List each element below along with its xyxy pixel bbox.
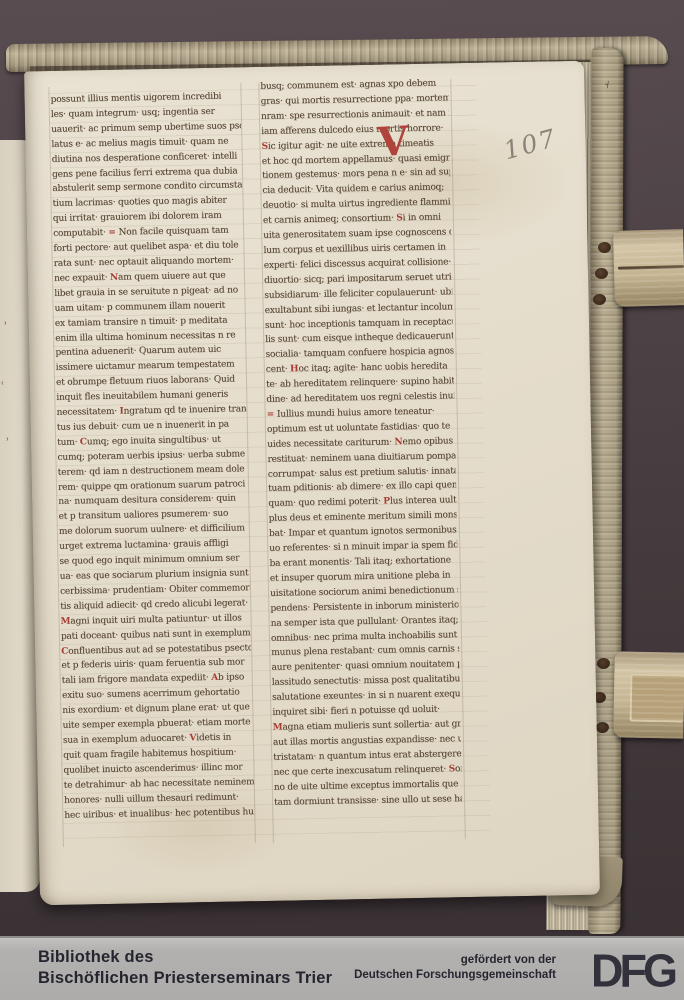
pen-mark: ʾ: [4, 320, 7, 333]
leather-clasp-strap-upper: [613, 229, 684, 307]
library-name: Bibliothek des Bischöflichen Priestersem…: [38, 947, 332, 989]
rubricated-initial-capital: V: [376, 122, 405, 163]
cover-rivet-spot: [596, 722, 609, 733]
funding-credit-line1: gefördert von der: [354, 953, 556, 968]
folio-number: 107: [501, 123, 560, 165]
pen-mark: ʾ: [6, 436, 9, 449]
strap-crease: [618, 265, 684, 270]
cover-rivet-spot: [593, 294, 606, 305]
funding-credit-line2: Deutschen Forschungsgemeinschaft: [354, 968, 556, 983]
cover-rivet-spot: [597, 658, 610, 669]
cover-rivet-spot: [595, 268, 608, 279]
text-column-left: possunt illius mentis uigorem incredibil…: [50, 89, 254, 823]
text-column-right: busq; communem est· agnas xpo debemgras·…: [260, 76, 462, 810]
manuscript-text-line: hec uiribus· et inualibus· hec potentibu…: [64, 805, 254, 824]
digitization-banner: Bibliothek des Bischöflichen Priestersem…: [0, 936, 684, 1000]
library-name-line2: Bischöflichen Priesterseminars Trier: [38, 968, 332, 989]
manuscript-text-line: tam dormiunt transisse· sine ullo ut ses…: [274, 792, 462, 811]
library-name-line1: Bibliothek des: [38, 947, 332, 968]
manuscript-page: possunt illius mentis uigorem incredibil…: [24, 61, 600, 906]
pen-mark: ʿ: [1, 380, 4, 393]
leather-clasp-strap-lower: [613, 651, 684, 738]
strap-patch: [630, 674, 684, 723]
dfg-logo: DFG: [591, 944, 674, 998]
funding-credit: gefördert von der Deutschen Forschungsge…: [354, 953, 556, 983]
cover-rivet-spot: [598, 242, 611, 253]
